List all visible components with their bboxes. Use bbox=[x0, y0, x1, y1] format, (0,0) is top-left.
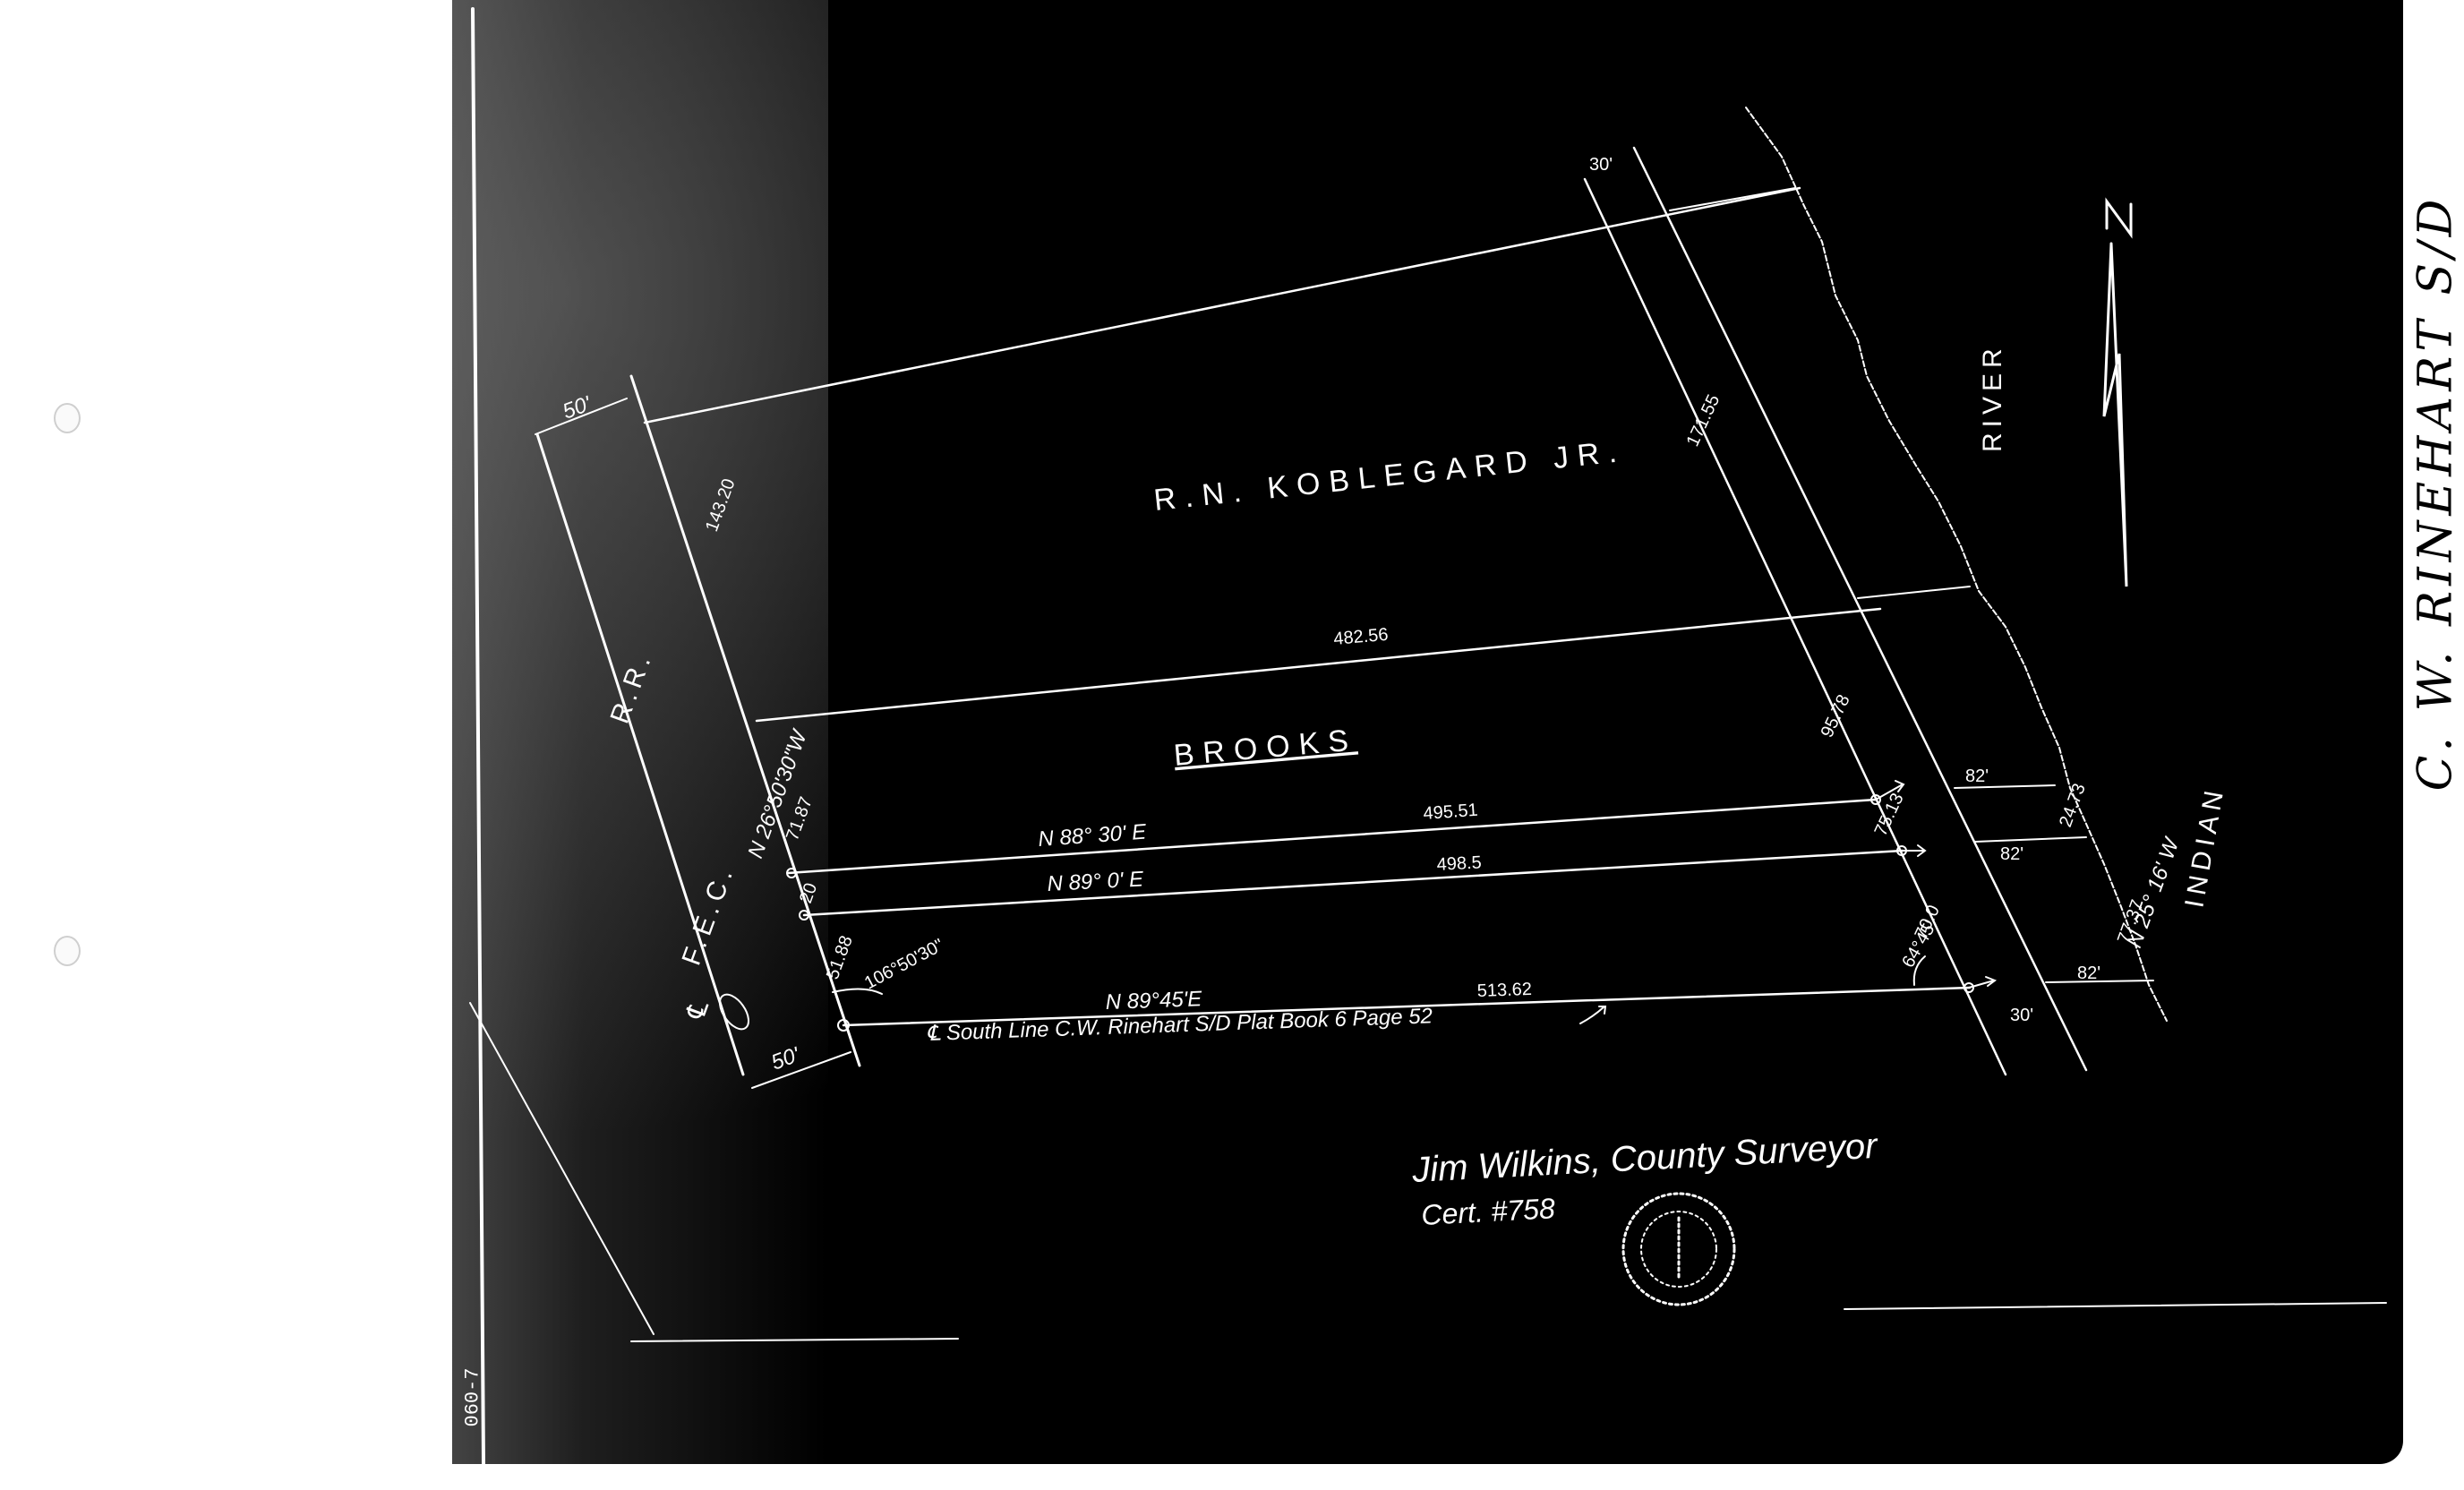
koblegard-south-distance: 482.56 bbox=[1333, 625, 1390, 649]
brooks-south-bearing: N 88° 30' E bbox=[1038, 820, 1148, 852]
koblegard-north-line bbox=[645, 188, 1800, 423]
frame-bottom-line-right bbox=[1844, 1303, 2386, 1309]
east-lot-line-2 bbox=[1975, 837, 2086, 842]
rr-width-top: 50' bbox=[560, 391, 595, 424]
leader-arrow-icon bbox=[1580, 1006, 1605, 1023]
lot-line-distance: 498.5 bbox=[1436, 852, 1482, 875]
koblegard-south-line-east bbox=[1858, 587, 1970, 598]
frame-bottom-line bbox=[631, 1339, 958, 1341]
document-title-text: C. W. RINEHART S/D bbox=[2408, 194, 2462, 792]
parcel-koblegard-label: R.N. KOBLEGARD JR. bbox=[1152, 434, 1628, 518]
south-line-bearing: N 89°45'E bbox=[1105, 987, 1202, 1015]
centerline-symbol-icon bbox=[714, 989, 755, 1034]
county-seal-icon bbox=[1623, 1194, 1734, 1305]
indian-label: INDIAN bbox=[2179, 784, 2229, 910]
document-title: C. W. RINEHART S/D bbox=[2408, 206, 2462, 779]
east-lot-width-1: 82' bbox=[1965, 766, 1989, 786]
river-bearing: N 25° 16' W bbox=[2122, 834, 2185, 951]
koblegard-north-line-east bbox=[1670, 188, 1795, 210]
road-west-line bbox=[1585, 179, 2006, 1075]
east-lot-width-3: 82' bbox=[2077, 963, 2100, 983]
road-east-line bbox=[1634, 148, 2086, 1070]
road-width-bottom: 30' bbox=[2010, 1006, 2033, 1025]
west-angle-label: 106°50'30" bbox=[861, 936, 947, 994]
east-dist-mid: 95.78 bbox=[1818, 691, 1854, 741]
edge-code-text: 060-7 bbox=[462, 1367, 484, 1426]
centerline-label: ℄ bbox=[680, 991, 716, 1023]
railroad-label: R.R. bbox=[605, 647, 659, 727]
rr-width-dim-bottom bbox=[752, 1052, 851, 1088]
edge-code: 060-7 bbox=[455, 1334, 491, 1460]
north-arrow-icon bbox=[2104, 201, 2131, 587]
west-line-dist-upper: 143.20 bbox=[702, 476, 740, 535]
brooks-south-distance: 495.51 bbox=[1423, 801, 1479, 824]
plat-drawing: R.N. KOBLEGARD JR. BROOKS R.R. F.E.C. ℄ … bbox=[0, 0, 2464, 1490]
west-line-dist-bottom: 51.88 bbox=[823, 933, 857, 982]
east-lot-width-2: 82' bbox=[2000, 844, 2023, 864]
road-width-top: 30' bbox=[1589, 155, 1613, 175]
river-label: RIVER bbox=[1978, 343, 2007, 452]
river-dist-1: 24.73 bbox=[2056, 781, 2090, 830]
koblegard-south-line bbox=[757, 609, 1880, 721]
parcel-brooks-label: BROOKS bbox=[1172, 723, 1358, 773]
frame-fold-line bbox=[470, 1003, 654, 1334]
railroad-owner-label: F.E.C. bbox=[677, 861, 740, 970]
lot-line-bearing: N 89° 0' E bbox=[1047, 867, 1145, 896]
river-bank-line bbox=[1746, 107, 2167, 1021]
surveyor-signature: Jim Wilkins, County Surveyor bbox=[1410, 1126, 1879, 1190]
surveyor-certificate: Cert. #758 bbox=[1420, 1192, 1555, 1231]
south-line-distance: 513.62 bbox=[1476, 980, 1532, 1001]
rr-east-line-west-property bbox=[631, 376, 860, 1066]
frame-left-edge bbox=[473, 9, 483, 1464]
scanned-sheet: R.N. KOBLEGARD JR. BROOKS R.R. F.E.C. ℄ … bbox=[0, 0, 2464, 1490]
east-angle-label: 64°45' bbox=[1898, 918, 1940, 972]
arrow-icon bbox=[1969, 977, 1995, 988]
